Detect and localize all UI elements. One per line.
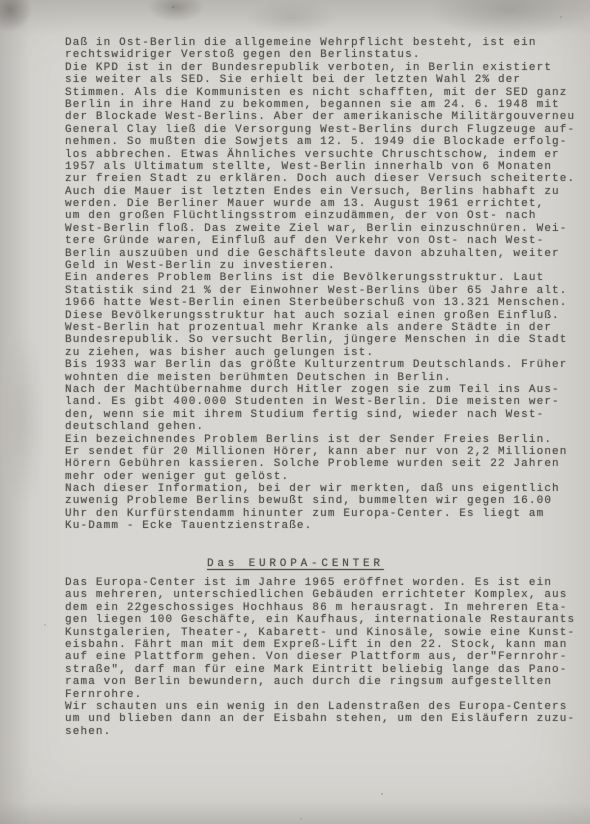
text-line: Nach dieser Information, bei der wir mer… bbox=[65, 483, 583, 495]
text-line: Das Europa-Center ist im Jahre 1965 eröf… bbox=[65, 577, 583, 589]
text-line: Berlin in ihre Hand zu bekommen, beganne… bbox=[65, 99, 583, 111]
text-line: mehr oder weniger gut gelöst. bbox=[65, 471, 583, 483]
paper-texture-left bbox=[0, 0, 30, 824]
text-line: Ein bezeichnendes Problem Berlins ist de… bbox=[65, 434, 583, 446]
text-line: rama von Berlin bewundern, auch durch di… bbox=[65, 676, 583, 688]
text-line: sie weiter als SED. Sie erhielt bei der … bbox=[65, 74, 583, 86]
text-line: um und blieben dann an der Eisbahn stehe… bbox=[65, 713, 583, 725]
text-line: Wir schauten uns ein wenig in den Ladens… bbox=[65, 701, 583, 713]
paragraph: Ein bezeichnendes Problem Berlins ist de… bbox=[65, 434, 583, 484]
text-line: den, wenn sie mit ihrem Studium fertig s… bbox=[65, 409, 583, 421]
text-line: wohnten die meisten berühmten Deutschen … bbox=[65, 372, 583, 384]
text-line: tere Gründe waren, Einfluß auf den Verke… bbox=[65, 235, 583, 247]
text-line: 1966 hatte West-Berlin einen Sterbeübers… bbox=[65, 297, 583, 309]
text-line: Nach der Machtübernahme durch Hitler zog… bbox=[65, 384, 583, 396]
scan-speckles bbox=[0, 0, 2, 2]
text-line: Fernrohre. bbox=[65, 689, 583, 701]
text-line: deutschland gehen. bbox=[65, 421, 583, 433]
text-line: der Blockade West-Berlins. Aber der amer… bbox=[65, 111, 583, 123]
paragraph: Nach dieser Information, bei der wir mer… bbox=[65, 483, 583, 533]
text-line: zu ziehen, was bisher auch gelungen ist. bbox=[65, 347, 583, 359]
text-line: Geld in West-Berlin zu investieren. bbox=[65, 260, 583, 272]
text-line: Die KPD ist in der Bundesrepublik verbot… bbox=[65, 62, 583, 74]
text-line: Ku-Damm - Ecke Tauentzienstraße. bbox=[65, 520, 583, 532]
text-line: Hörern Gebühren kassieren. Solche Proble… bbox=[65, 458, 583, 470]
text-line: nehmen. So mußten die Sowjets am 12. 5. … bbox=[65, 136, 583, 148]
paper-texture-top bbox=[0, 0, 590, 36]
text-line: werden. Die Berliner Mauer wurde am 13. … bbox=[65, 198, 583, 210]
text-line: Auch die Mauer ist letzten Endes ein Ver… bbox=[65, 186, 583, 198]
text-line: General Clay ließ die Versorgung West-Be… bbox=[65, 124, 583, 136]
paragraph: Daß in Ost-Berlin die allgemeine Wehrpfl… bbox=[65, 37, 583, 62]
text-line: West-Berlin hat prozentual mehr Kranke a… bbox=[65, 322, 583, 334]
text-line: Daß in Ost-Berlin die allgemeine Wehrpfl… bbox=[65, 37, 583, 49]
text-line: straße", darf man für eine Mark Eintritt… bbox=[65, 664, 583, 676]
text-line: Diese Bevölkerungsstruktur hat auch sozi… bbox=[65, 310, 583, 322]
document-page-text: Daß in Ost-Berlin die allgemeine Wehrpfl… bbox=[65, 37, 583, 738]
text-line: Er sendet für 20 Millionen Hörer, kann a… bbox=[65, 446, 583, 458]
text-line: 1957 als Ultimatum stellte, West-Berlin … bbox=[65, 161, 583, 173]
text-line: Uhr den Kurfürstendamm hinunter zum Euro… bbox=[65, 508, 583, 520]
paragraph: Nach der Machtübernahme durch Hitler zog… bbox=[65, 384, 583, 434]
text-line: Stimmen. Als die Kommunisten es nicht sc… bbox=[65, 87, 583, 99]
paragraph: Wir schauten uns ein wenig in den Ladens… bbox=[65, 701, 583, 738]
text-line: zur freien Stadt zu erklären. Doch auch … bbox=[65, 173, 583, 185]
text-line: rechtswidriger Verstoß gegen den Berlins… bbox=[65, 49, 583, 61]
text-line: Ein anderes Problem Berlins ist die Bevö… bbox=[65, 272, 583, 284]
text-line: zuwenig Probleme Berlins bewußt sind, bu… bbox=[65, 495, 583, 507]
document-page: Daß in Ost-Berlin die allgemeine Wehrpfl… bbox=[0, 0, 590, 824]
text-line: eisbahn. Fährt man mit dem Expreß-Lift i… bbox=[65, 639, 583, 651]
paragraph: Bis 1933 war Berlin das größte Kulturzen… bbox=[65, 359, 583, 384]
text-line: West-Berlin floß. Das zweite Ziel war, B… bbox=[65, 223, 583, 235]
paper-texture-bottom bbox=[0, 802, 590, 824]
text-line: dem ein 22geschossiges Hochhaus 86 m her… bbox=[65, 602, 583, 614]
text-line: auf eine Plattform gehen. Von dieser Pla… bbox=[65, 651, 583, 663]
text-line: aus mehreren, unterschiedlichen Gebäuden… bbox=[65, 589, 583, 601]
text-line: Bis 1933 war Berlin das größte Kulturzen… bbox=[65, 359, 583, 371]
text-line: gen liegen 100 Geschäfte, ein Kaufhaus, … bbox=[65, 614, 583, 626]
text-line: land. Es gibt 400.000 Studenten in West-… bbox=[65, 396, 583, 408]
text-line: Bundesrepublik. So versucht Berlin, jüng… bbox=[65, 334, 583, 346]
text-line: um den großen Flüchtlingsstrom einzudämm… bbox=[65, 210, 583, 222]
text-line: sehen. bbox=[65, 726, 583, 738]
paragraph: Die KPD ist in der Bundesrepublik verbot… bbox=[65, 62, 583, 273]
text-line: Berlin auszuüben und die Geschäftsleute … bbox=[65, 248, 583, 260]
paragraph: Das Europa-Center ist im Jahre 1965 eröf… bbox=[65, 577, 583, 701]
text-line: Statistik sind 21 % der Einwohner West-B… bbox=[65, 285, 583, 297]
section-heading: Das EUROPA-CENTER bbox=[207, 558, 583, 570]
paragraph: Ein anderes Problem Berlins ist die Bevö… bbox=[65, 272, 583, 359]
text-line: los abbrechen. Etwas Ähnliches versuchte… bbox=[65, 149, 583, 161]
text-line: Kunstgalerien, Theater-, Kabarett- und K… bbox=[65, 627, 583, 639]
